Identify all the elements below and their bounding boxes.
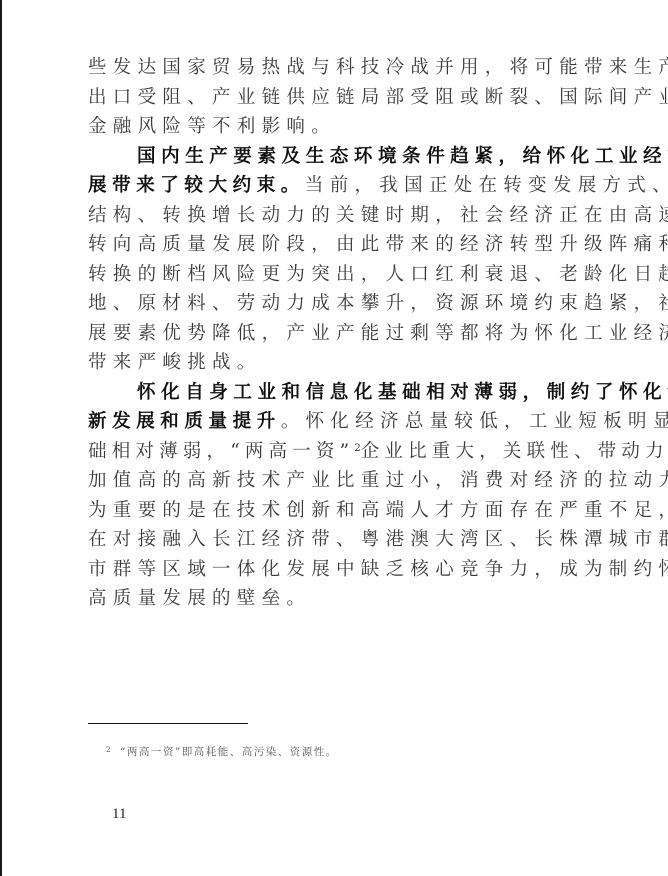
heading-text: 怀化自身工业和信息化基础相对薄弱，制约了怀化制造业创 — [137, 382, 668, 403]
paragraph-line: 础相对薄弱，“两高一资”2企业比重大，关联性、带动力强、附 — [88, 437, 590, 467]
paragraph-line: 地、原材料、劳动力成本攀升，资源环境约束趋紧，社会经济发 — [88, 289, 590, 319]
paragraph-line: 金融风险等不利影响。 — [88, 112, 590, 142]
section-heading: 怀化自身工业和信息化基础相对薄弱，制约了怀化制造业创 — [88, 378, 590, 408]
footnote-separator — [88, 723, 248, 724]
document-body: 些发达国家贸易热战与科技冷战并用，将可能带来生产线外迁、 出口受阻、产业链供应链… — [88, 53, 590, 614]
paragraph-line: 市群等区域一体化发展中缺乏核心竞争力，成为制约怀化制造业 — [88, 555, 590, 585]
heading-text: 新发展和质量提升 — [88, 411, 281, 432]
paragraph-line: 结构、转换增长动力的关键时期，社会经济正在由高速增长阶段 — [88, 201, 590, 231]
paragraph-line: 加值高的高新技术产业比重过小，消费对经济的拉动力有限，更 — [88, 466, 590, 496]
paragraph-line: 出口受阻、产业链供应链局部受阻或断裂、国际间产业合作降档、 — [88, 83, 590, 113]
heading-text: 展带来了较大约束。 — [88, 175, 305, 196]
paragraph-line: 在对接融入长江经济带、粤港澳大湾区、长株潭城市群、成渝城 — [88, 525, 590, 555]
footnote-text: “两高一资”即高耗能、高污染、资源性。 — [120, 746, 338, 758]
page-left-border — [0, 0, 2, 876]
footnote: 2“两高一资”即高耗能、高污染、资源性。 — [106, 744, 338, 759]
paragraph-line: 转向高质量发展阶段，由此带来的经济转型升级阵痛和新旧动能 — [88, 230, 590, 260]
body-text: 。怀化经济总量较低，工业短板明显，产业基 — [281, 411, 668, 432]
paragraph-line: 些发达国家贸易热战与科技冷战并用，将可能带来生产线外迁、 — [88, 53, 590, 83]
heading-text: 国内生产要素及生态环境条件趋紧，给怀化工业经济快速发 — [137, 146, 668, 167]
paragraph-line: 转换的断档风险更为突出，人口红利衰退、老龄化日趋严重，土 — [88, 260, 590, 290]
section-heading: 国内生产要素及生态环境条件趋紧，给怀化工业经济快速发 — [88, 142, 590, 172]
paragraph-line: 高质量发展的壁垒。 — [88, 584, 590, 614]
body-text: 当前，我国正处在转变发展方式、优化经济 — [305, 175, 668, 196]
paragraph-line: 新发展和质量提升。怀化经济总量较低，工业短板明显，产业基 — [88, 407, 590, 437]
body-text: 础相对薄弱，“两高一资” — [88, 441, 354, 462]
paragraph-line: 为重要的是在技术创新和高端人才方面存在严重不足，导致怀化 — [88, 496, 590, 526]
paragraph-line: 展要素优势降低，产业产能过剩等都将为怀化工业经济快速发展 — [88, 319, 590, 349]
footnote-marker: 2 — [106, 746, 112, 754]
page-number: 11 — [112, 806, 126, 823]
body-text: 企业比重大，关联性、带动力强、附 — [361, 441, 668, 462]
paragraph-line: 带来严峻挑战。 — [88, 348, 590, 378]
paragraph-line: 展带来了较大约束。当前，我国正处在转变发展方式、优化经济 — [88, 171, 590, 201]
